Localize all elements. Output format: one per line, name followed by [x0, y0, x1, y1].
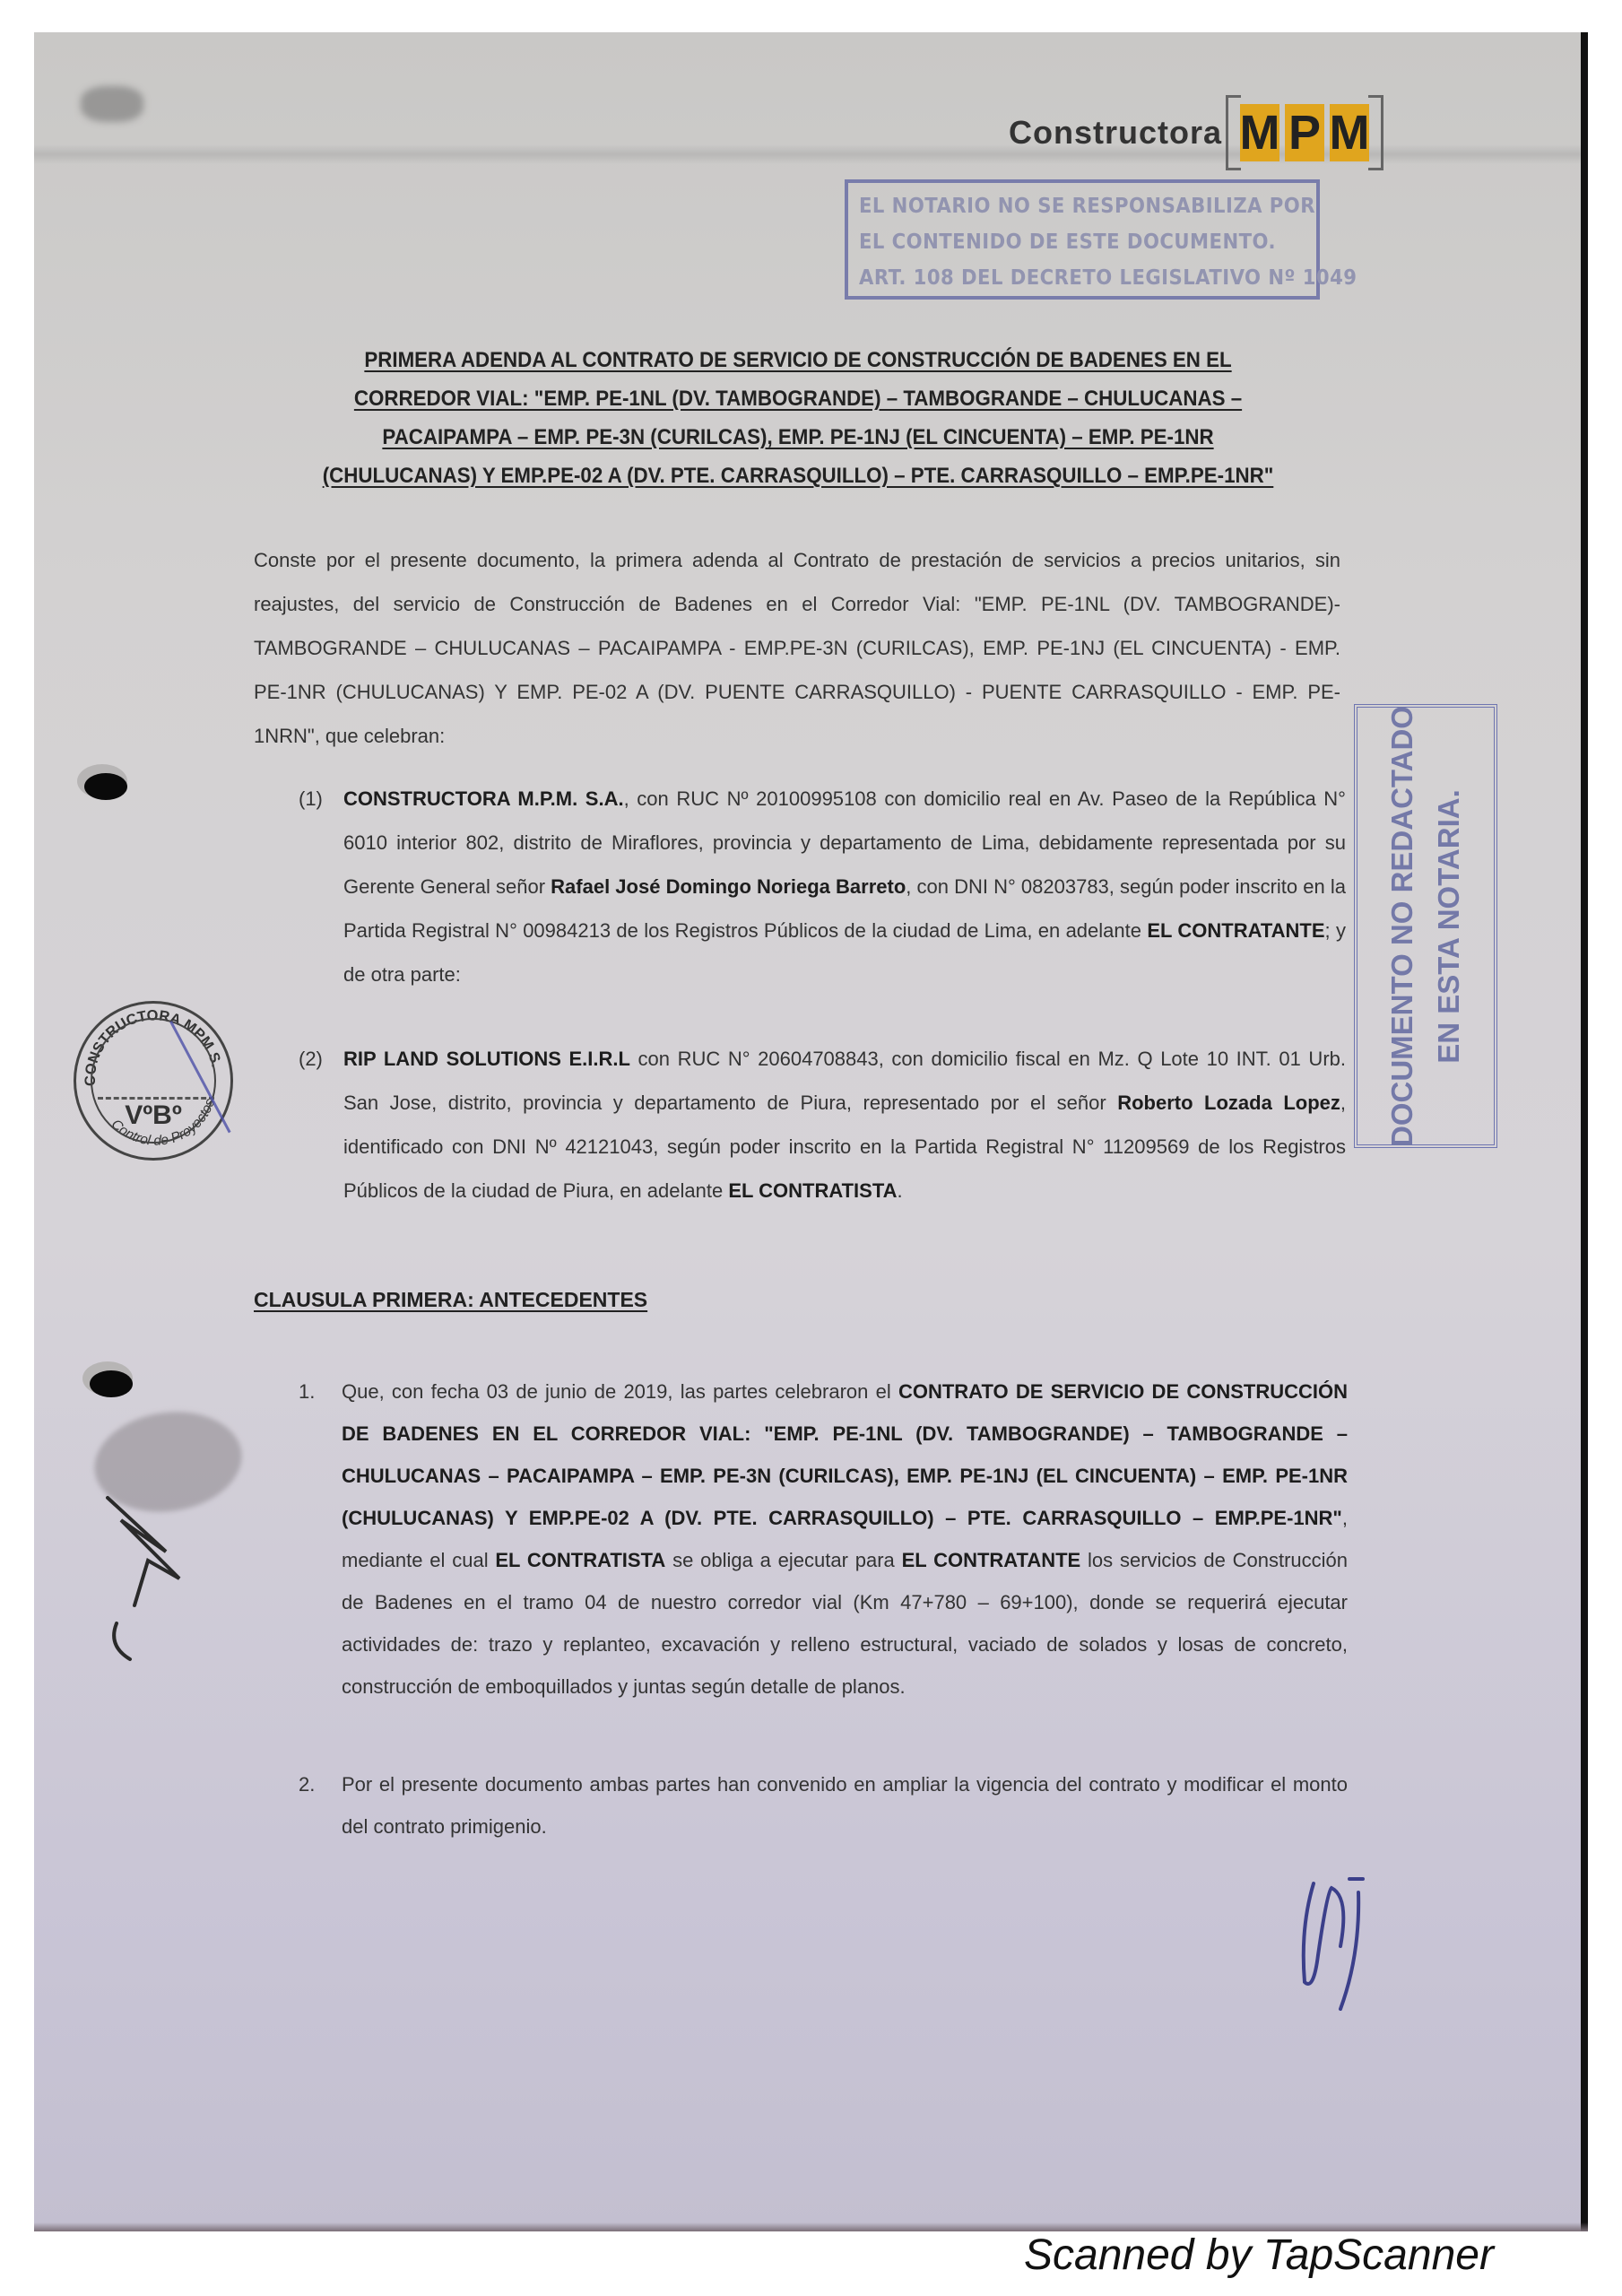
stamp-line: ART. 108 DEL DECRETO LEGISLATIVO Nº 1049 — [859, 260, 1270, 296]
stamp-line: EN ESTA NOTARIA. — [1426, 706, 1472, 1147]
party-text: RIP LAND SOLUTIONS E.I.R.L con RUC N° 20… — [343, 1037, 1346, 1213]
title-line: (CHULUCANAS) Y EMP.PE-02 A (DV. PTE. CAR… — [306, 457, 1289, 495]
title-line: PACAIPAMPA – EMP. PE-3N (CURILCAS), EMP.… — [306, 418, 1289, 457]
party-role: EL CONTRATANTE — [1147, 919, 1324, 942]
party-contratista: (2) RIP LAND SOLUTIONS E.I.R.L con RUC N… — [299, 1037, 1348, 1261]
logo-letter: M — [1330, 104, 1369, 161]
handwritten-initials-icon — [81, 1489, 206, 1668]
party-representative: Rafael José Domingo Noriega Barreto — [551, 875, 906, 898]
party-number: (1) — [299, 777, 323, 821]
logo-mark: M P M — [1231, 99, 1378, 167]
party-role: EL CONTRATISTA — [495, 1549, 665, 1571]
punch-hole — [84, 773, 127, 800]
stamp-line: EL CONTENIDO DE ESTE DOCUMENTO. — [859, 224, 1270, 260]
punch-hole — [90, 1370, 133, 1397]
item-text: Por el presente documento ambas partes h… — [342, 1763, 1348, 1848]
ink-smudge — [81, 86, 143, 122]
seal-signature-line — [98, 1097, 214, 1100]
title-line: PRIMERA ADENDA AL CONTRATO DE SERVICIO D… — [306, 341, 1289, 379]
intro-paragraph: Conste por el presente documento, la pri… — [254, 538, 1340, 758]
item-text-segment: se obliga a ejecutar para — [665, 1549, 901, 1571]
approval-seal: CONSTRUCTORA MPM S.A. Control de Proyect… — [74, 1001, 233, 1161]
party-representative: Roberto Lozada Lopez — [1117, 1091, 1340, 1114]
item-number: 2. — [299, 1763, 315, 1805]
notary-disclaimer-stamp: EL NOTARIO NO SE RESPONSABILIZA POR EL C… — [845, 179, 1320, 300]
stamp-line: DOCUMENTO NO REDACTADO — [1379, 706, 1426, 1147]
stamp-line: EL NOTARIO NO SE RESPONSABILIZA POR — [859, 188, 1270, 224]
party-details: . — [898, 1179, 903, 1202]
title-line: CORREDOR VIAL: "EMP. PE-1NL (DV. TAMBOGR… — [306, 379, 1289, 418]
company-logo: Constructora M P M — [1009, 99, 1378, 167]
item-text: Que, con fecha 03 de junio de 2019, las … — [342, 1370, 1348, 1708]
party-name: RIP LAND SOLUTIONS E.I.R.L — [343, 1048, 630, 1070]
scanner-watermark: Scanned by TapScanner — [1024, 2231, 1494, 2280]
item-text-segment: Que, con fecha 03 de junio de 2019, las … — [342, 1380, 898, 1403]
seal-center-text: VºBº — [76, 1100, 230, 1131]
not-drafted-stamp: DOCUMENTO NO REDACTADO EN ESTA NOTARIA. — [1354, 704, 1497, 1148]
party-role: EL CONTRATISTA — [728, 1179, 897, 1202]
logo-text: Constructora — [1009, 114, 1222, 152]
page-edge-shadow — [1581, 32, 1588, 2231]
party-role: EL CONTRATANTE — [902, 1549, 1081, 1571]
party-contratante: (1) CONSTRUCTORA M.P.M. S.A., con RUC Nº… — [299, 777, 1348, 1001]
antecedent-item: 2. Por el presente documento ambas parte… — [299, 1763, 1352, 1862]
handwritten-signature-icon — [1287, 1857, 1385, 2018]
document-title: PRIMERA ADENDA AL CONTRATO DE SERVICIO D… — [269, 341, 1327, 495]
logo-letter: M — [1240, 104, 1279, 161]
logo-letter: P — [1285, 104, 1324, 161]
party-number: (2) — [299, 1037, 323, 1081]
party-text: CONSTRUCTORA M.P.M. S.A., con RUC Nº 201… — [343, 777, 1346, 996]
clause-heading: CLAUSULA PRIMERA: ANTECEDENTES — [254, 1288, 647, 1312]
party-name: CONSTRUCTORA M.P.M. S.A. — [343, 787, 624, 810]
item-number: 1. — [299, 1370, 315, 1413]
antecedent-item: 1. Que, con fecha 03 de junio de 2019, l… — [299, 1370, 1352, 1729]
